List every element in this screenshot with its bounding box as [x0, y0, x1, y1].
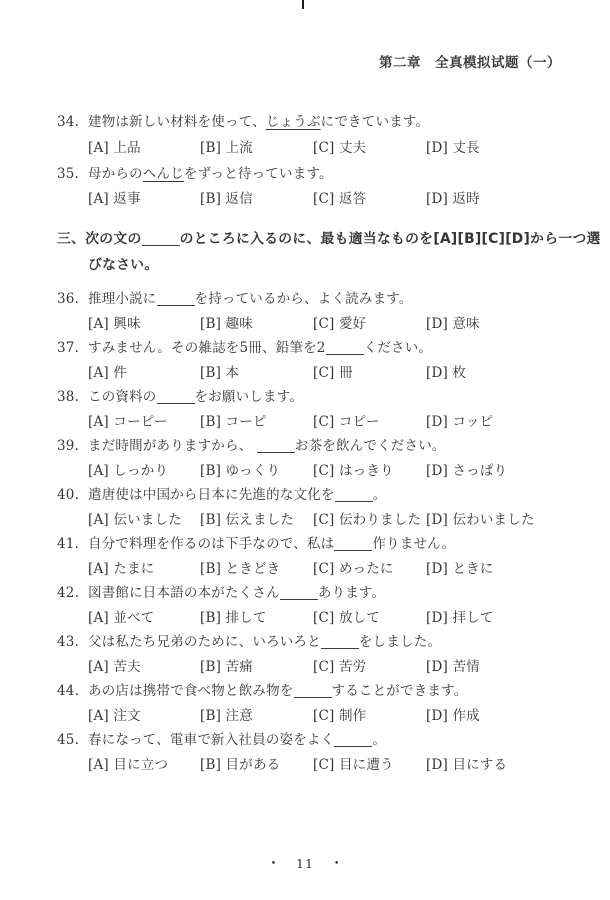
answer-option: [C] 苦労 [313, 655, 426, 680]
section-instruction-line1: 三、次の文ののところに入るのに、最も適当なものを[A][B][C][D]から一つ… [57, 227, 575, 252]
answer-options-row: [A] 伝いました[B] 伝えました[C] 伝わりました[D] 伝わいました [57, 508, 575, 533]
answer-options-row: [A] 苦夫[B] 苦痛[C] 苦労[D] 苦情 [57, 655, 575, 680]
answer-options-row: [A] たまに[B] ときどき[C] めったに[D] ときに [57, 557, 575, 582]
question-text-segment: 。 [372, 732, 386, 748]
question-number: 43. [57, 630, 88, 655]
answer-options-row: [A] 並べて[B] 排して[C] 放して[D] 拝して [57, 606, 575, 631]
question-line: 37.すみません。その雑誌を5冊、鉛筆を2ください。 [57, 336, 575, 361]
question-text-segment: まだ時間がありますから、 [88, 438, 257, 454]
answer-option: [D] 丈長 [426, 136, 575, 162]
answer-option: [C] コピー [313, 410, 426, 435]
crop-mark [302, 0, 304, 9]
question-text-segment: にできています。 [321, 114, 430, 130]
answer-options-row: [A] 件[B] 本[C] 冊[D] 枚 [57, 361, 575, 386]
answer-option: [A] 興味 [88, 312, 200, 337]
question-number: 36. [57, 287, 88, 312]
question-text: 建物は新しい材料を使って、じょうぶにできています。 [88, 114, 429, 130]
fill-blank [321, 635, 359, 649]
question-text: 父は私たち兄弟のために、いろいろとをしました。 [88, 634, 441, 650]
answer-option: [D] 目にする [426, 753, 575, 778]
answer-options-row: [A] 注文[B] 注意[C] 制作[D] 作成 [57, 704, 575, 729]
question-text-segment: することができます。 [332, 683, 468, 699]
fill-blank [257, 439, 295, 453]
answer-option: [C] 返答 [313, 187, 426, 213]
question-number: 37. [57, 336, 88, 361]
question: 38.この資料のをお願いします。 [A] コーピー[B] コーピ[C] コピー[… [57, 385, 575, 434]
answer-option: [B] 注意 [200, 704, 313, 729]
answer-option: [D] 意味 [426, 312, 575, 337]
question-number: 41. [57, 532, 88, 557]
question: 45.春になって、電車で新入社員の姿をよく。 [A] 目に立つ[B] 目がある[… [57, 728, 575, 777]
answer-option: [B] 苦痛 [200, 655, 313, 680]
question: 36.推理小説にを持っているから、よく読みます。 [A] 興味[B] 趣味[C]… [57, 287, 575, 336]
question-line: 44.あの店は携帯で食べ物と飲み物をすることができます。 [57, 679, 575, 704]
question-number: 34. [57, 110, 88, 136]
answer-option: [C] はっきり [313, 459, 426, 484]
answer-option: [D] 作成 [426, 704, 575, 729]
answer-option: [B] 目がある [200, 753, 313, 778]
question-line: 41.自分で料理を作るのは下手なので、私は作りません。 [57, 532, 575, 557]
question-text-segment: をしました。 [359, 634, 441, 650]
question-line: 40.遣唐使は中国から日本に先進的な文化を。 [57, 483, 575, 508]
answer-option: [C] 冊 [313, 361, 426, 386]
question-text: 自分で料理を作るのは下手なので、私は作りません。 [88, 536, 455, 552]
answer-option: [A] 上品 [88, 136, 200, 162]
page-footer: • 11 • [0, 856, 610, 871]
question-line: 34.建物は新しい材料を使って、じょうぶにできています。 [57, 110, 575, 136]
question-number: 35. [57, 162, 88, 188]
question-text: 遣唐使は中国から日本に先進的な文化を。 [88, 487, 386, 503]
section-text-segment: のところに入るのに、最も適当なものを[A][B][C][D]から一つ選 [180, 231, 601, 247]
question-text: この資料のをお願いします。 [88, 389, 303, 405]
question-text: 母からのへんじをずっと待っています。 [88, 166, 333, 182]
answer-option: [D] 苦情 [426, 655, 575, 680]
questions-after-section: 36.推理小説にを持っているから、よく読みます。 [A] 興味[B] 趣味[C]… [57, 287, 575, 777]
footer-left-dot: • [271, 859, 276, 869]
question-text-segment: 推理小説に [88, 291, 157, 307]
section-instruction-line2: びなさい。 [57, 253, 575, 278]
answer-option: [B] ときどき [200, 557, 313, 582]
document-page: { "page": { "chapter_title": "第二章 全真模拟试题… [0, 0, 610, 900]
section-text-segment: 次の文の [85, 231, 141, 247]
fill-blank [142, 232, 180, 246]
question-number: 44. [57, 679, 88, 704]
question-text-segment: 遣唐使は中国から日本に先進的な文化を [88, 487, 335, 503]
answer-option: [C] 目に遭う [313, 753, 426, 778]
question-text: 推理小説にを持っているから、よく読みます。 [88, 291, 413, 307]
question-number: 42. [57, 581, 88, 606]
answer-option: [B] 排して [200, 606, 313, 631]
question: 43.父は私たち兄弟のために、いろいろとをしました。 [A] 苦夫[B] 苦痛[… [57, 630, 575, 679]
chapter-title: 第二章 全真模拟试题（一） [379, 51, 561, 71]
answer-option: [C] 丈夫 [313, 136, 426, 162]
question-text-segment: ください。 [364, 340, 433, 356]
question-text-segment: をお願いします。 [195, 389, 304, 405]
question: 41.自分で料理を作るのは下手なので、私は作りません。 [A] たまに[B] と… [57, 532, 575, 581]
question-text-segment: 図書館に日本語の本がたくさん [88, 585, 280, 601]
fill-blank [294, 684, 332, 698]
answer-option: [A] 返事 [88, 187, 200, 213]
question-text-segment: 作りません。 [372, 536, 455, 552]
question-number: 45. [57, 728, 88, 753]
answer-option: [A] 並べて [88, 606, 200, 631]
answer-option: [B] コーピ [200, 410, 313, 435]
question-number: 40. [57, 483, 88, 508]
question: 37.すみません。その雑誌を5冊、鉛筆を2ください。 [A] 件[B] 本[C]… [57, 336, 575, 385]
section-number: 三、 [57, 231, 85, 247]
fill-blank [280, 586, 318, 600]
question: 34.建物は新しい材料を使って、じょうぶにできています。 [A] 上品[B] 上… [57, 110, 575, 162]
answer-options-row: [A] 返事[B] 返信[C] 返答[D] 返時 [57, 187, 575, 213]
answer-option: [D] 返時 [426, 187, 575, 213]
answer-option: [B] 上流 [200, 136, 313, 162]
question: 39.まだ時間がありますから、 お茶を飲んでください。 [A] しっかり[B] … [57, 434, 575, 483]
answer-option: [C] めったに [313, 557, 426, 582]
answer-option: [A] 件 [88, 361, 200, 386]
answer-option: [C] 制作 [313, 704, 426, 729]
question-text: 春になって、電車で新入社員の姿をよく。 [88, 732, 386, 748]
question-line: 43.父は私たち兄弟のために、いろいろとをしました。 [57, 630, 575, 655]
question-text: まだ時間がありますから、 お茶を飲んでください。 [88, 438, 446, 454]
question-text-segment: を持っているから、よく読みます。 [195, 291, 413, 307]
answer-option: [C] 伝わりました [313, 508, 426, 533]
question-text-segment: 父は私たち兄弟のために、いろいろと [88, 634, 321, 650]
question: 42.図書館に日本語の本がたくさんあります。 [A] 並べて[B] 排して[C]… [57, 581, 575, 630]
question-line: 36.推理小説にを持っているから、よく読みます。 [57, 287, 575, 312]
question-text: 図書館に日本語の本がたくさんあります。 [88, 585, 385, 601]
answer-options-row: [A] コーピー[B] コーピ[C] コピー[D] コッピ [57, 410, 575, 435]
answer-option: [D] 伝わいました [426, 508, 575, 533]
question-line: 38.この資料のをお願いします。 [57, 385, 575, 410]
section-instruction: 三、次の文ののところに入るのに、最も適当なものを[A][B][C][D]から一つ… [57, 227, 575, 278]
questions-before-section: 34.建物は新しい材料を使って、じょうぶにできています。 [A] 上品[B] 上… [57, 110, 575, 213]
question-text: すみません。その雑誌を5冊、鉛筆を2ください。 [88, 340, 432, 356]
question-line: 39.まだ時間がありますから、 お茶を飲んでください。 [57, 434, 575, 459]
answer-option: [A] 苦夫 [88, 655, 200, 680]
question-text-segment: 建物は新しい材料を使って、 [88, 114, 266, 130]
footer-right-dot: • [334, 859, 339, 869]
answer-option: [D] 拝して [426, 606, 575, 631]
question-number: 39. [57, 434, 88, 459]
answer-option: [A] 目に立つ [88, 753, 200, 778]
answer-option: [B] 伝えました [200, 508, 313, 533]
test-content: 34.建物は新しい材料を使って、じょうぶにできています。 [A] 上品[B] 上… [57, 110, 575, 777]
answer-option: [C] 愛好 [313, 312, 426, 337]
question-text-segment: 母からの [88, 166, 143, 182]
answer-options-row: [A] しっかり[B] ゆっくり[C] はっきり[D] さっぱり [57, 459, 575, 484]
answer-option: [D] ときに [426, 557, 575, 582]
underlined-word: じょうぶ [266, 114, 321, 130]
underlined-word: へんじ [143, 166, 184, 182]
answer-option: [C] 放して [313, 606, 426, 631]
answer-option: [A] しっかり [88, 459, 200, 484]
answer-option: [A] コーピー [88, 410, 200, 435]
fill-blank [334, 537, 372, 551]
answer-option: [D] 枚 [426, 361, 575, 386]
question-text-segment: すみません。その雑誌を5冊、鉛筆を2 [88, 340, 326, 356]
question-line: 42.図書館に日本語の本がたくさんあります。 [57, 581, 575, 606]
answer-options-row: [A] 興味[B] 趣味[C] 愛好[D] 意味 [57, 312, 575, 337]
question-text-segment: あります。 [318, 585, 385, 601]
answer-options-row: [A] 上品[B] 上流[C] 丈夫[D] 丈長 [57, 136, 575, 162]
answer-option: [D] さっぱり [426, 459, 575, 484]
page-number: 11 [296, 856, 314, 871]
fill-blank [335, 488, 373, 502]
question-text-segment: この資料の [88, 389, 157, 405]
answer-option: [A] 伝いました [88, 508, 200, 533]
question-text-segment: をずっと待っています。 [184, 166, 333, 182]
answer-option: [D] コッピ [426, 410, 575, 435]
fill-blank [326, 341, 364, 355]
fill-blank [157, 292, 195, 306]
question-number: 38. [57, 385, 88, 410]
question-text-segment: 春になって、電車で新入社員の姿をよく [88, 732, 334, 748]
question: 40.遣唐使は中国から日本に先進的な文化を。 [A] 伝いました[B] 伝えまし… [57, 483, 575, 532]
question: 35.母からのへんじをずっと待っています。 [A] 返事[B] 返信[C] 返答… [57, 162, 575, 214]
fill-blank [334, 733, 372, 747]
answer-option: [B] ゆっくり [200, 459, 313, 484]
answer-option: [B] 本 [200, 361, 313, 386]
answer-options-row: [A] 目に立つ[B] 目がある[C] 目に遭う[D] 目にする [57, 753, 575, 778]
question-text-segment: 自分で料理を作るのは下手なので、私は [88, 536, 334, 552]
fill-blank [157, 390, 195, 404]
answer-option: [B] 趣味 [200, 312, 313, 337]
answer-option: [A] 注文 [88, 704, 200, 729]
answer-option: [B] 返信 [200, 187, 313, 213]
question: 44.あの店は携帯で食べ物と飲み物をすることができます。 [A] 注文[B] 注… [57, 679, 575, 728]
answer-option: [A] たまに [88, 557, 200, 582]
question-line: 35.母からのへんじをずっと待っています。 [57, 162, 575, 188]
question-text: あの店は携帯で食べ物と飲み物をすることができます。 [88, 683, 467, 699]
question-text-segment: あの店は携帯で食べ物と飲み物を [88, 683, 294, 699]
question-text-segment: 。 [373, 487, 387, 503]
question-text-segment: お茶を飲んでください。 [295, 438, 446, 454]
question-line: 45.春になって、電車で新入社員の姿をよく。 [57, 728, 575, 753]
